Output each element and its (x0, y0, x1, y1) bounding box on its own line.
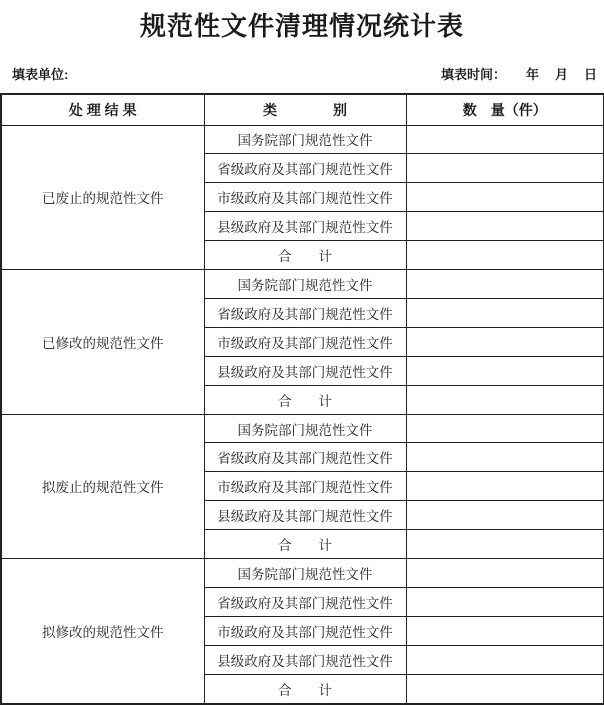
form-unit-label: 填表单位: (12, 64, 68, 83)
result-cell-to-amend: 拟修改的规范性文件 (1, 559, 204, 704)
quantity-cell[interactable] (406, 588, 604, 617)
category-cell: 县级政府及其部门规范性文件 (204, 645, 406, 674)
quantity-cell[interactable] (406, 154, 604, 183)
form-meta-row: 填表单位: 填表时间： 年 月 日 (0, 63, 604, 83)
table-row: 拟废止的规范性文件 国务院部门规范性文件 (1, 414, 604, 443)
quantity-cell[interactable] (406, 443, 604, 472)
category-cell: 省级政府及其部门规范性文件 (204, 443, 406, 472)
quantity-cell[interactable] (406, 530, 604, 559)
category-cell: 国务院部门规范性文件 (204, 125, 406, 154)
quantity-cell[interactable] (406, 270, 604, 299)
category-cell: 省级政府及其部门规范性文件 (204, 154, 406, 183)
quantity-cell[interactable] (406, 472, 604, 501)
total-label-cell: 合 计 (204, 385, 406, 414)
total-label-cell: 合 计 (204, 674, 406, 704)
category-cell: 国务院部门规范性文件 (204, 414, 406, 443)
statistics-table: 处 理 结 果 类 别 数 量（件） 已废止的规范性文件 国务院部门规范性文件 … (0, 93, 604, 705)
year-label: 年 (526, 64, 539, 83)
category-cell: 市级政府及其部门规范性文件 (204, 183, 406, 212)
form-time-label: 填表时间： (441, 64, 506, 83)
quantity-cell[interactable] (406, 616, 604, 645)
category-cell: 市级政府及其部门规范性文件 (204, 327, 406, 356)
month-label: 月 (555, 64, 568, 83)
quantity-cell[interactable] (406, 356, 604, 385)
header-row: 处 理 结 果 类 别 数 量（件） (1, 94, 604, 125)
result-cell-repealed: 已废止的规范性文件 (1, 125, 204, 270)
category-cell: 省级政府及其部门规范性文件 (204, 588, 406, 617)
form-unit-group: 填表单位: (12, 64, 188, 83)
category-cell: 国务院部门规范性文件 (204, 270, 406, 299)
quantity-cell[interactable] (406, 501, 604, 530)
quantity-cell[interactable] (406, 298, 604, 327)
quantity-cell[interactable] (406, 125, 604, 154)
quantity-cell[interactable] (406, 183, 604, 212)
category-cell: 县级政府及其部门规范性文件 (204, 501, 406, 530)
total-label-cell: 合 计 (204, 241, 406, 270)
table-row: 已废止的规范性文件 国务院部门规范性文件 (1, 125, 604, 154)
page-title: 规范性文件清理情况统计表 (0, 0, 604, 43)
form-month-blank[interactable] (539, 65, 555, 79)
quantity-cell[interactable] (406, 385, 604, 414)
day-label: 日 (584, 64, 597, 83)
quantity-cell[interactable] (406, 327, 604, 356)
col-header-quantity: 数 量（件） (406, 94, 604, 125)
col-header-category: 类 别 (204, 94, 406, 125)
col-header-result: 处 理 结 果 (1, 94, 204, 125)
quantity-cell[interactable] (406, 645, 604, 674)
form-unit-blank[interactable] (68, 65, 188, 79)
result-cell-amended: 已修改的规范性文件 (1, 270, 204, 415)
quantity-cell[interactable] (406, 241, 604, 270)
total-label-cell: 合 计 (204, 530, 406, 559)
document-page: 规范性文件清理情况统计表 填表单位: 填表时间： 年 月 日 处 理 结 果 类… (0, 0, 604, 705)
quantity-cell[interactable] (406, 414, 604, 443)
table-row: 已修改的规范性文件 国务院部门规范性文件 (1, 270, 604, 299)
form-year-blank[interactable] (506, 65, 526, 79)
result-cell-to-repeal: 拟废止的规范性文件 (1, 414, 204, 559)
category-cell: 国务院部门规范性文件 (204, 559, 406, 588)
form-day-blank[interactable] (568, 65, 584, 79)
category-cell: 市级政府及其部门规范性文件 (204, 472, 406, 501)
quantity-cell[interactable] (406, 559, 604, 588)
category-cell: 省级政府及其部门规范性文件 (204, 298, 406, 327)
category-cell: 县级政府及其部门规范性文件 (204, 212, 406, 241)
category-cell: 市级政府及其部门规范性文件 (204, 616, 406, 645)
quantity-cell[interactable] (406, 212, 604, 241)
category-cell: 县级政府及其部门规范性文件 (204, 356, 406, 385)
table-row: 拟修改的规范性文件 国务院部门规范性文件 (1, 559, 604, 588)
form-time-group: 填表时间： 年 月 日 (441, 64, 597, 83)
quantity-cell[interactable] (406, 674, 604, 704)
